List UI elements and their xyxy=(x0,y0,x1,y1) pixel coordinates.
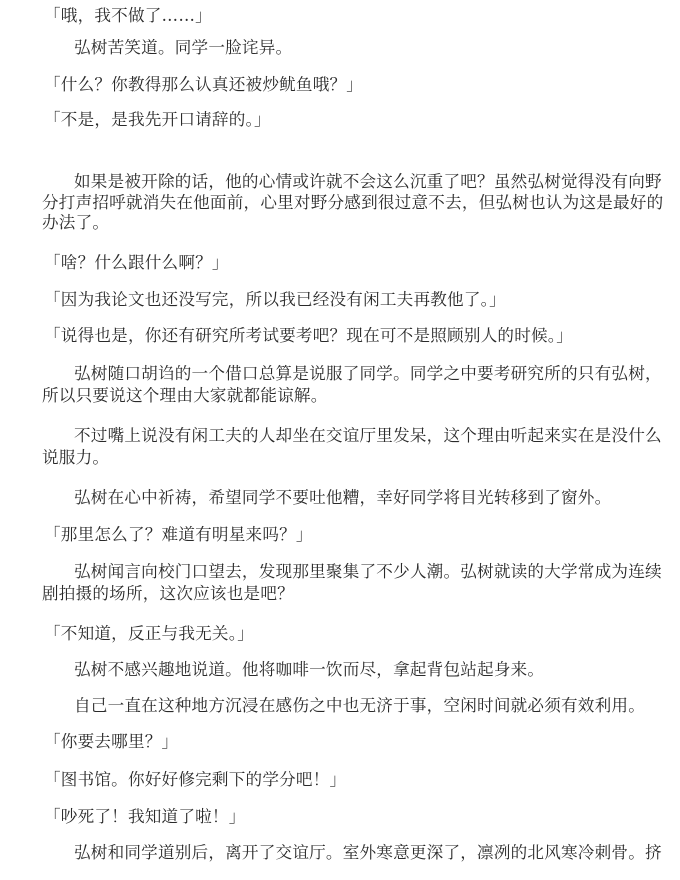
paragraph-line: 弘树和同学道别后，离开了交谊厅。室外寒意更深了，凛冽的北风寒冷刺骨。挤 xyxy=(74,842,662,864)
paragraph-line: 弘树在心中祈祷，希望同学不要吐他糟，幸好同学将目光转移到了窗外。 xyxy=(74,487,611,509)
paragraph-line: 弘树不感兴趣地说道。他将咖啡一饮而尽，拿起背包站起身来。 xyxy=(74,659,544,681)
paragraph-line: 剧拍摄的场所，这次应该也是吧？ xyxy=(42,583,294,605)
paragraph-line: 弘树闻言向校门口望去，发现那里聚集了不少人潮。弘树就读的大学常成为连续 xyxy=(74,561,662,583)
paragraph-line: 分打声招呼就消失在他面前，心里对野分感到很过意不去，但弘树也认为这是最好的 xyxy=(42,192,663,214)
dialog-line: 「哦，我不做了……」 xyxy=(44,5,212,27)
dialog-line: 「什么？你教得那么认真还被炒鱿鱼哦？」 xyxy=(44,74,363,96)
dialog-line: 「你要去哪里？」 xyxy=(44,731,178,753)
dialog-line: 「说得也是，你还有研究所考试要考吧？现在可不是照顾别人的时候。」 xyxy=(44,325,573,347)
paragraph-line: 说服力。 xyxy=(42,447,109,469)
paragraph-line: 所以只要说这个理由大家就都能谅解。 xyxy=(42,385,328,407)
paragraph-line: 弘树随口胡诌的一个借口总算是说服了同学。同学之中要考研究所的只有弘树， xyxy=(74,363,662,385)
paragraph-line: 如果是被开除的话，他的心情或许就不会这么沉重了吧？虽然弘树觉得没有向野 xyxy=(74,171,662,193)
dialog-line: 「啥？什么跟什么啊？」 xyxy=(44,252,229,274)
paragraph-line: 弘树苦笑道。同学一脸诧异。 xyxy=(74,37,292,59)
dialog-line: 「因为我论文也还没写完，所以我已经没有闲工夫再教他了。」 xyxy=(44,289,506,311)
paragraph-line: 办法了。 xyxy=(42,212,109,234)
dialog-line: 「那里怎么了？难道有明星来吗？」 xyxy=(44,524,313,546)
dialog-line: 「不是，是我先开口请辞的。」 xyxy=(44,109,271,131)
paragraph-line: 自己一直在这种地方沉浸在感伤之中也无济于事，空闲时间就必须有效利用。 xyxy=(74,695,645,717)
dialog-line: 「图书馆。你好好修完剩下的学分吧！」 xyxy=(44,769,346,791)
document-page: 「哦，我不做了……」 弘树苦笑道。同学一脸诧异。 「什么？你教得那么认真还被炒鱿… xyxy=(0,0,680,880)
paragraph-line: 不过嘴上说没有闲工夫的人却坐在交谊厅里发呆，这个理由听起来实在是没什么 xyxy=(74,425,662,447)
dialog-line: 「不知道，反正与我无关。」 xyxy=(44,623,254,645)
dialog-line: 「吵死了！我知道了啦！」 xyxy=(44,806,246,828)
